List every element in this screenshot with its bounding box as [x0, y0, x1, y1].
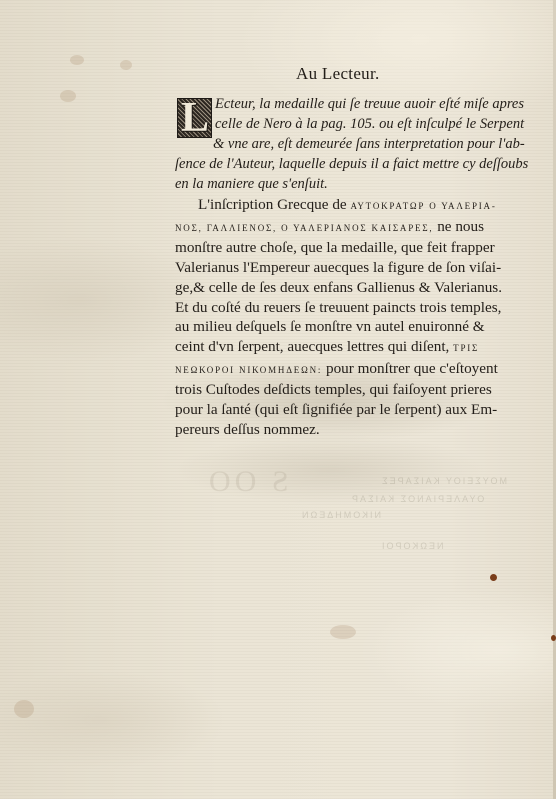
stain-dot: [490, 574, 497, 581]
text-line: ge,& celle de ſes deux enfans Gallienus …: [175, 278, 510, 298]
text-segment: ceint d'vn ſerpent, auecques lettres qui…: [175, 338, 449, 355]
foxing-spot: [120, 60, 132, 70]
text-segment: ne nous: [437, 218, 484, 235]
greek-inscription: ΤΡΙΣ: [453, 343, 479, 353]
text-line: ΝΕΩΚΟΡΟΙ ΝΙΚΟΜΗΔΕΩΝ: pour monſtrer que c…: [175, 359, 510, 381]
text-line: monſtre autre choſe, que la medaille, qu…: [175, 238, 510, 258]
text-line: Ecteur, la medaille qui ſe treuue auoir …: [175, 94, 505, 114]
text-segment: L'inſcription Grecque de: [198, 196, 347, 213]
text-segment: pour monſtrer que c'eſtoyent: [326, 360, 498, 377]
greek-inscription: ΝΕΩΚΟΡΟΙ ΝΙΚΟΜΗΔΕΩΝ:: [175, 365, 322, 375]
show-through-text: ΝΙΚΟΜΗΔΕΩΝ: [300, 510, 381, 520]
text-line: ſence de l'Auteur, laquelle depuis il a …: [175, 154, 505, 174]
page-heading: Au Lecteur.: [296, 64, 380, 84]
text-line: ceint d'vn ſerpent, auecques lettres qui…: [175, 337, 510, 359]
text-line: celle de Nero à la pag. 105. ou eſt inſc…: [175, 114, 505, 134]
text-line: pour la ſanté (qui eſt ſignifiée par le …: [175, 400, 510, 420]
foxing-spot: [330, 625, 356, 639]
text-line: Valerianus l'Empereur auecques la figure…: [175, 258, 510, 278]
foxing-spot: [70, 55, 84, 65]
italic-paragraph: Ecteur, la medaille qui ſe treuue auoir …: [175, 94, 505, 194]
show-through-text: ΝΕΩΚΟΡΟΙ: [380, 541, 443, 551]
greek-inscription: ΝΟΣ, ΓΑΛΛΙΕΝΟΣ, Ο ΥΑΛΕΡΙΑΝΟΣ ΚΑΙΣΑΡΕΣ,: [175, 223, 433, 233]
stain-dot: [551, 635, 556, 641]
text-line: au milieu deſquels ſe monſtre vn autel e…: [175, 317, 510, 337]
roman-paragraph: L'inſcription Grecque de ΑΥΤΟΚΡΑΤΩΡ Ο ΥΑ…: [175, 195, 510, 439]
text-line: ΝΟΣ, ΓΑΛΛΙΕΝΟΣ, Ο ΥΑΛΕΡΙΑΝΟΣ ΚΑΙΣΑΡΕΣ, n…: [175, 217, 510, 239]
text-line: Et du coſté du reuers ſe treuuent painct…: [175, 298, 510, 318]
text-line: & vne are, eſt demeurée ſans interpretat…: [175, 134, 505, 154]
show-through-text: S OO: [205, 465, 289, 499]
text-line: trois Cuſtodes deſdicts temples, qui fai…: [175, 380, 510, 400]
show-through-text: ΜΟΥΣΕΙΟΥ ΚΑΙΣΑΡΕΣ: [380, 476, 507, 486]
text-line: L'inſcription Grecque de ΑΥΤΟΚΡΑΤΩΡ Ο ΥΑ…: [175, 195, 510, 217]
text-line: pereurs deſſus nommez.: [175, 420, 510, 440]
show-through-text: ΟΥΑΛΕΡΙΑΝΟΣ ΚΑΙΣΑΡ: [350, 494, 484, 504]
foxing-spot: [60, 90, 76, 102]
foxing-spot: [14, 700, 34, 718]
book-page: S OO ΜΟΥΣΕΙΟΥ ΚΑΙΣΑΡΕΣ ΟΥΑΛΕΡΙΑΝΟΣ ΚΑΙΣΑ…: [0, 0, 556, 799]
text-line: en la maniere que s'enſuit.: [175, 174, 505, 194]
greek-inscription: ΑΥΤΟΚΡΑΤΩΡ Ο ΥΑΛΕΡΙΑ-: [350, 201, 496, 211]
